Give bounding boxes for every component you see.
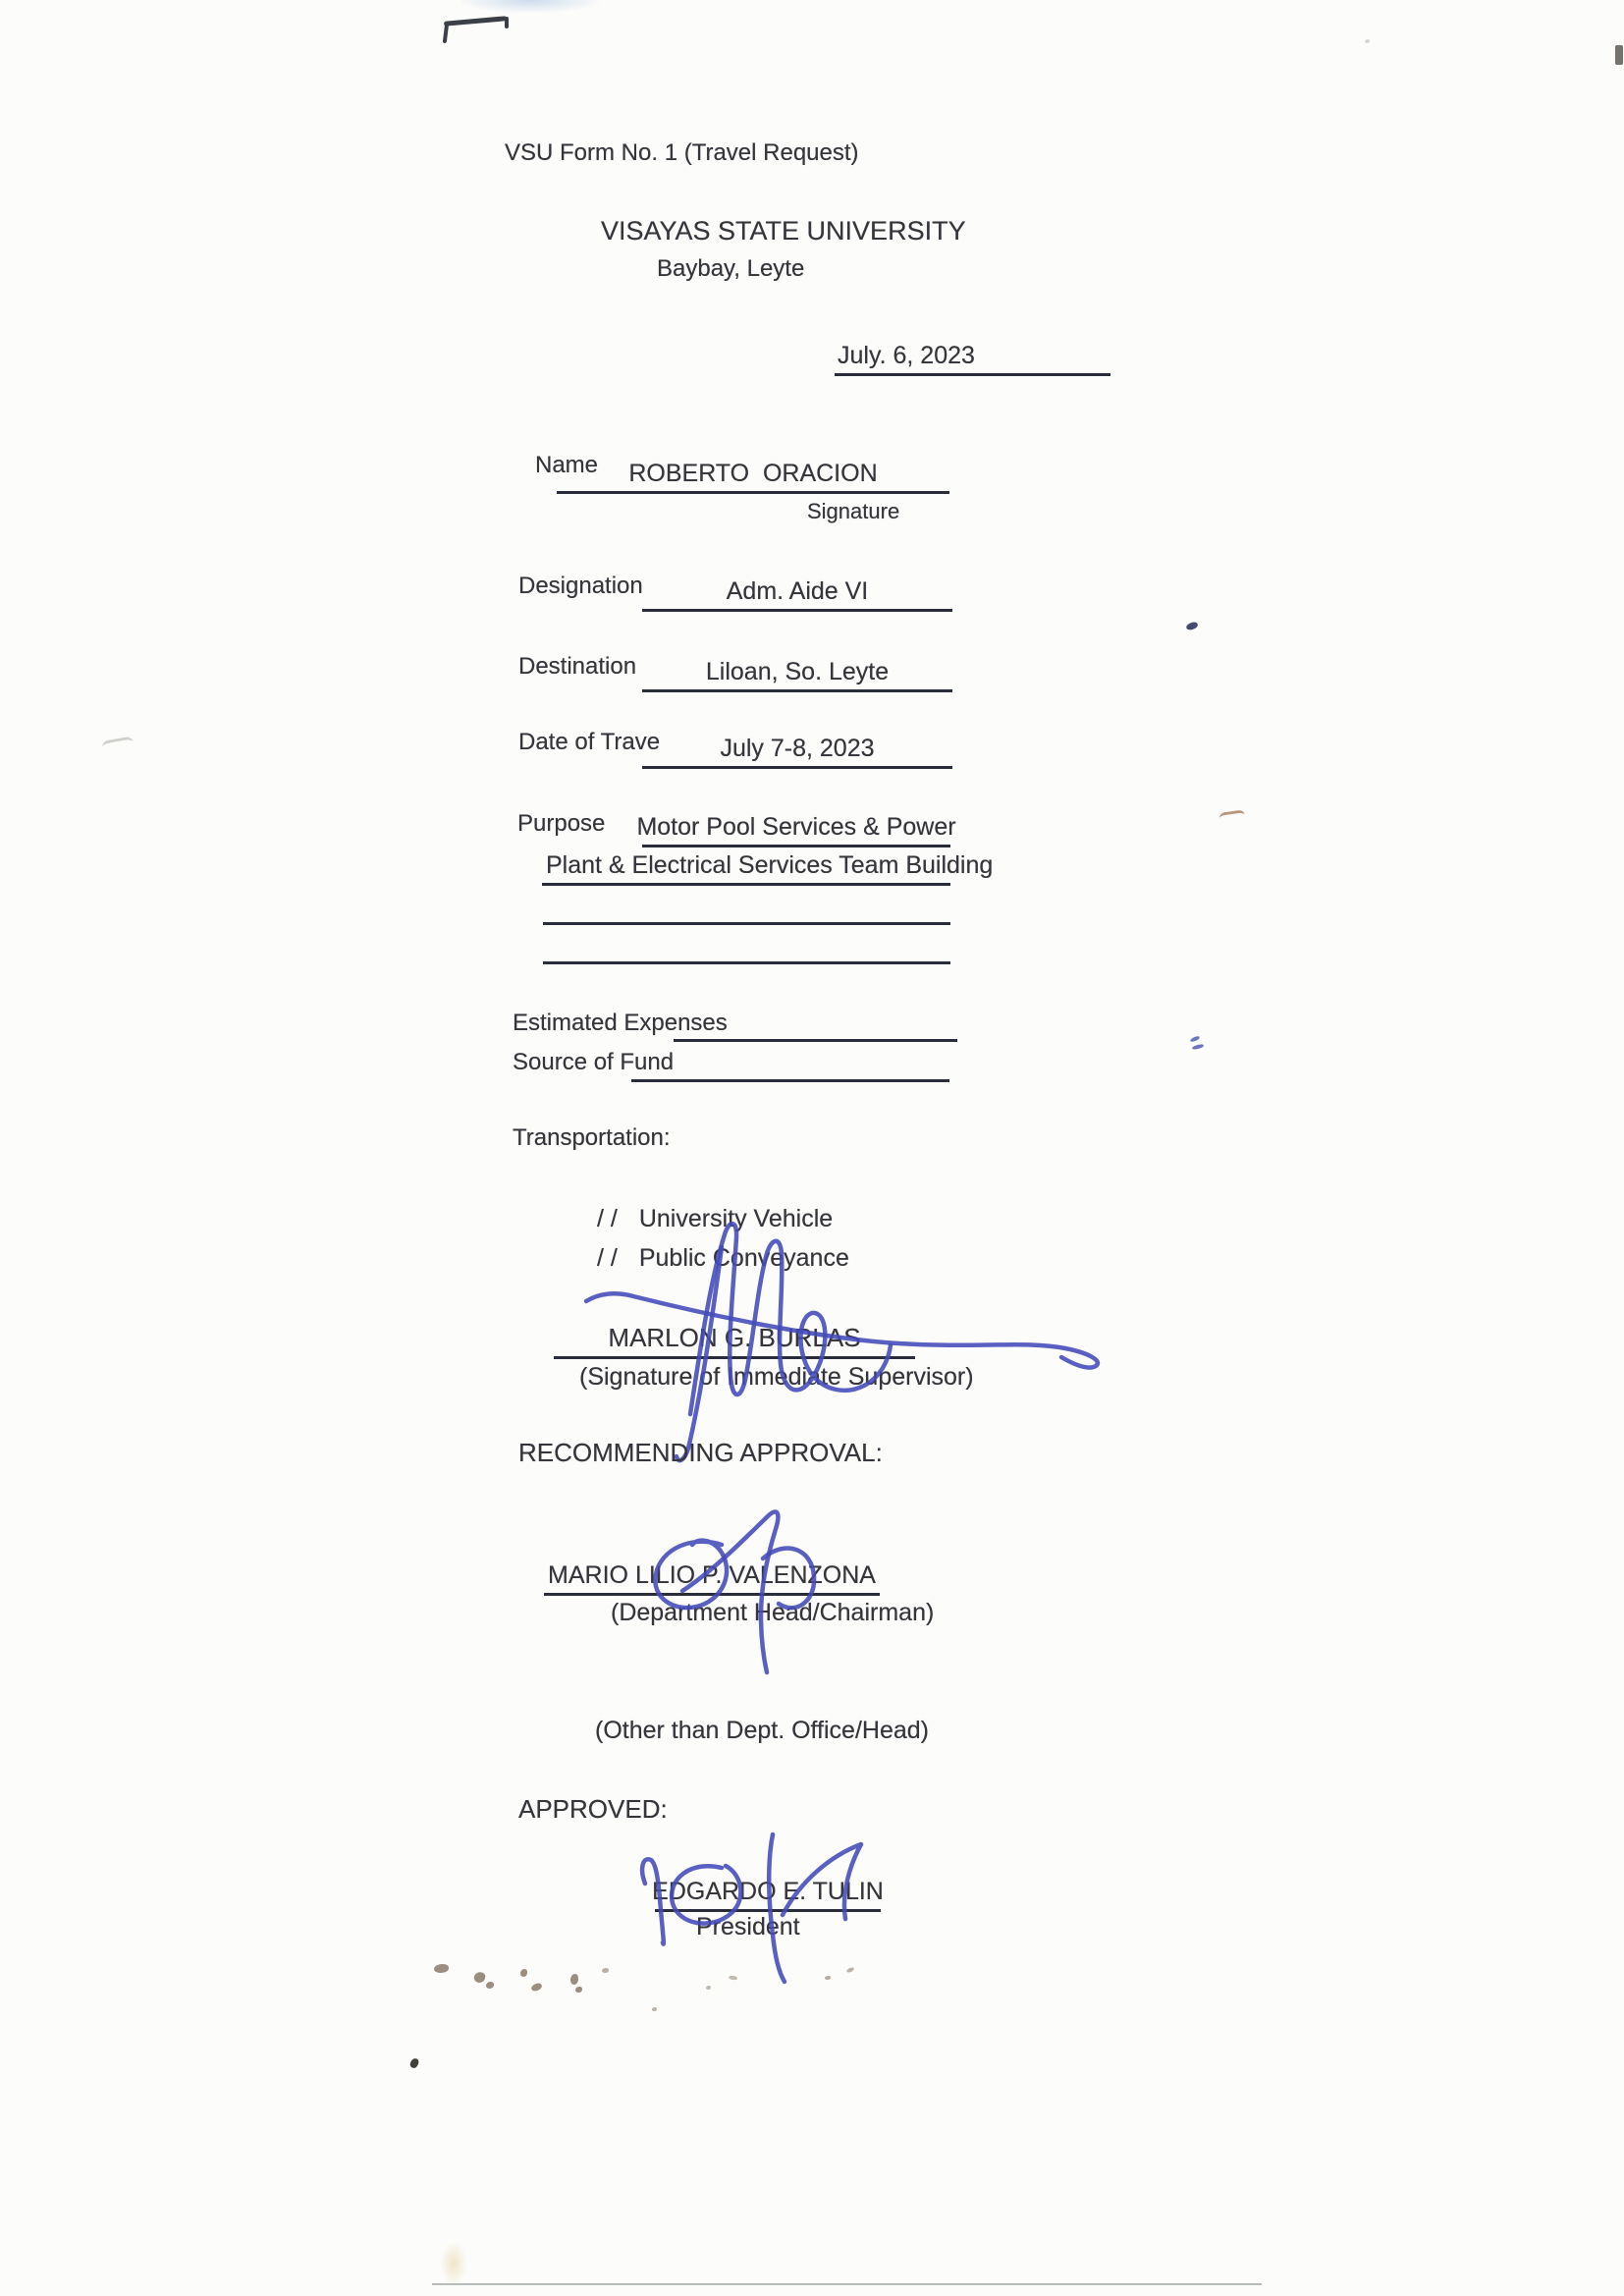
ink-speck [472,1970,486,1984]
supervisor-name-field: MARLON G. BURLAS [554,1312,915,1359]
scan-smudge [461,0,599,13]
transport-option-label: University Vehicle [639,1205,833,1232]
ink-speck [570,1974,578,1985]
destination-label: Destination [518,653,636,681]
checkbox-slashes: / / [597,1205,618,1232]
destination-value: Liloan, So. Leyte [706,658,889,689]
transport-option-public-conveyance: / /Public Conveyance [597,1244,849,1273]
scan-mark [1190,1035,1201,1042]
scan-mark [1192,1044,1205,1050]
ink-speck [409,2057,419,2069]
scan-mark [1185,622,1198,631]
purpose-field-line3 [543,919,950,925]
campus-location: Baybay, Leyte [657,255,804,283]
scan-mark [1218,809,1245,824]
request-date-field: July. 6, 2023 [835,330,1110,376]
approver-title: President [696,1913,800,1941]
ink-speck [520,1969,527,1977]
signature-caption: Signature [807,499,899,523]
ink-speck [706,1986,711,1990]
recommending-name: MARIO LILIO P. VALENZONA [548,1561,876,1593]
supervisor-caption: (Signature of Immediate Supervisor) [579,1363,974,1392]
approver-name-field: EDGARDO E. TULIN [655,1864,881,1912]
designation-value: Adm. Aide VI [727,577,869,609]
scan-mark [101,736,135,753]
checkbox-slashes: / / [597,1244,618,1272]
university-name: VISAYAS STATE UNIVERSITY [601,216,966,246]
request-date-value: July. 6, 2023 [835,342,975,373]
purpose-field-line2: Plant & Electrical Services Team Buildin… [542,841,950,886]
form-number: VSU Form No. 1 (Travel Request) [505,139,859,167]
ink-speck [602,1968,609,1973]
ink-speck [729,1975,738,1981]
name-value: ROBERTO ORACION [628,460,877,491]
scan-mark [1615,45,1623,65]
staple-icon [443,23,450,43]
ink-speck [846,1967,855,1973]
scanner-edge-line [432,2283,1262,2285]
date-of-travel-field: July 7-8, 2023 [642,723,952,769]
staple-icon [505,17,509,28]
transportation-label: Transportation: [513,1124,671,1152]
transport-option-label: Public Conveyance [639,1244,849,1272]
approver-name: EDGARDO E. TULIN [652,1878,884,1909]
recommending-caption: (Department Head/Chairman) [611,1599,934,1627]
source-of-fund-field [631,1076,949,1082]
other-office-caption: (Other than Dept. Office/Head) [595,1717,929,1745]
transport-option-university-vehicle: / /University Vehicle [597,1205,833,1233]
supervisor-name: MARLON G. BURLAS [608,1323,860,1356]
recommending-name-field: MARIO LILIO P. VALENZONA [544,1548,880,1596]
purpose-field-line4 [543,958,950,964]
ink-speck [652,2007,657,2011]
ink-speck [434,1964,449,1973]
designation-label: Designation [518,573,643,600]
ink-speck [575,1987,582,1993]
name-field: ROBERTO ORACION [557,447,949,494]
purpose-label: Purpose [517,810,605,838]
scan-smudge [440,2241,467,2286]
ink-speck [486,1982,494,1989]
scan-mark [1365,39,1370,43]
designation-field: Adm. Aide VI [642,566,952,612]
ink-speck [825,1976,831,1980]
estimated-expenses-field [674,1036,957,1042]
recommending-approval-heading: RECOMMENDING APPROVAL: [518,1439,883,1468]
estimated-expenses-label: Estimated Expenses [513,1010,728,1037]
approved-heading: APPROVED: [518,1795,668,1825]
staple-icon [444,16,507,27]
purpose-line2-value: Plant & Electrical Services Team Buildin… [542,851,993,883]
scanned-travel-request-form: VSU Form No. 1 (Travel Request) VISAYAS … [0,0,1624,2296]
source-of-fund-label: Source of Fund [513,1049,674,1076]
ink-speck [530,1983,542,1993]
destination-field: Liloan, So. Leyte [642,646,952,692]
date-of-travel-label: Date of Trave [518,729,660,756]
date-of-travel-value: July 7-8, 2023 [720,735,874,766]
